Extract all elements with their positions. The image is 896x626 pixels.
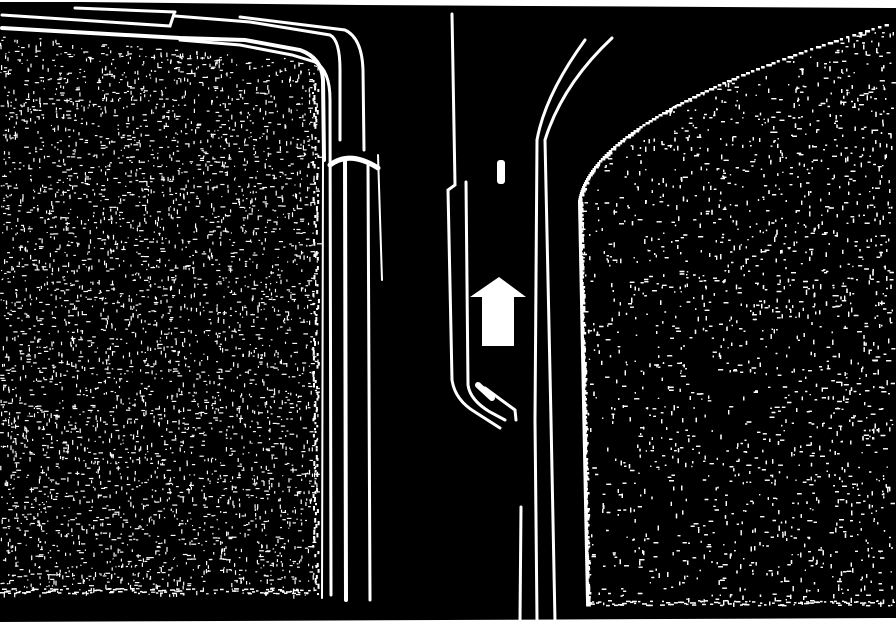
- small-post: [497, 160, 505, 184]
- binarized-road-scene: [0, 0, 896, 626]
- background: [0, 0, 896, 626]
